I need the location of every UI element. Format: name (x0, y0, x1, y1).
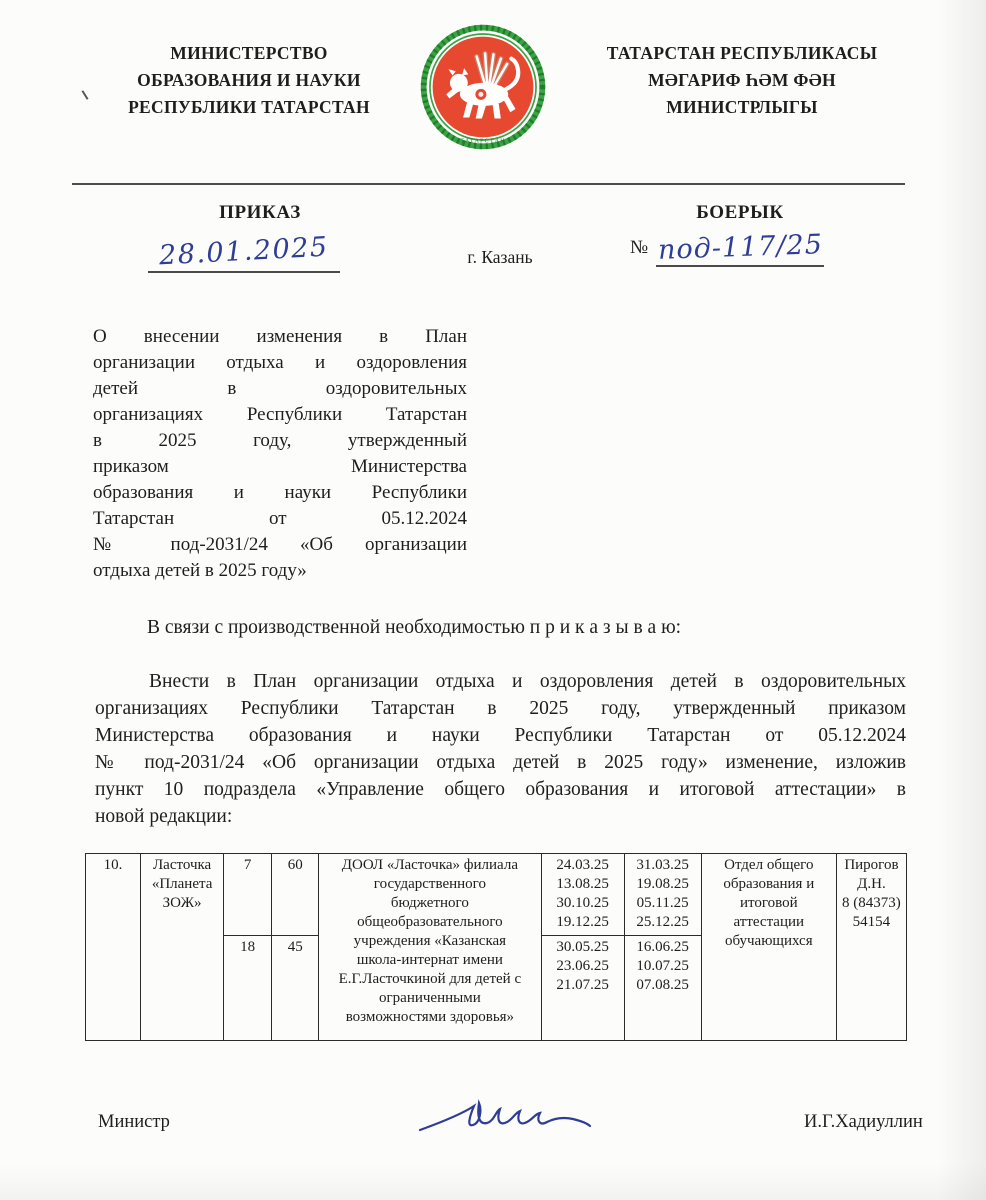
header-divider-line (72, 183, 905, 185)
signatory-position: Министр (98, 1112, 170, 1133)
subject-line: Татарстан от 05.12.2024 (93, 508, 467, 534)
cell-start-dates-1: 24.03.25 13.08.25 30.10.25 19.12.25 (541, 854, 624, 936)
city-label: г. Казань (438, 247, 562, 268)
cell-row-number: 10. (86, 854, 141, 1041)
coat-of-arms-icon: ТАТАРСТАН (420, 24, 546, 150)
subject-line: организациях Республики Татарстан (93, 404, 467, 430)
order-date-field: 28.01.2025 (148, 236, 340, 273)
cell-department: Отдел общего образования и итоговой атте… (701, 854, 836, 1041)
subject-line: детей в оздоровительных (93, 378, 467, 404)
cell-capacity-2: 45 (272, 936, 319, 1041)
cell-shift-2: 18 (224, 936, 272, 1041)
body-line: Внести в План организации отдыха и оздор… (95, 671, 906, 698)
order-body-paragraph: Внести в План организации отдыха и оздор… (95, 671, 906, 833)
order-subject: О внесении изменения в План организации … (93, 326, 467, 586)
stray-ink-mark (82, 90, 89, 100)
ministry-name-tatar: ТАТАРСТАН РЕСПУБЛИКАСЫ МӘГАРИФ ҺӘМ ФӘН М… (558, 30, 926, 121)
subject-line: отдыха детей в 2025 году» (93, 560, 467, 586)
handwritten-number: под-117/25 (657, 229, 823, 266)
body-line: организациях Республики Татарстан в 2025… (95, 698, 906, 725)
handwritten-date: 28.01.2025 (159, 232, 330, 272)
cell-end-dates-1: 31.03.25 19.08.25 05.11.25 25.12.25 (624, 854, 701, 936)
cell-start-dates-2: 30.05.25 23.06.25 21.07.25 (541, 936, 624, 1041)
handwritten-number-underline: под-117/25 (656, 232, 824, 267)
lead-in-paragraph: В связи с производственной необходимость… (95, 617, 908, 639)
subject-line: в 2025 году, утвержденный (93, 430, 467, 456)
letterhead: МИНИСТЕРСТВО ОБРАЗОВАНИЯ И НАУКИ РЕСПУБЛ… (90, 30, 926, 150)
subject-line: организации отдыха и оздоровления (93, 352, 467, 378)
order-number-field: № под-117/25 (630, 232, 824, 267)
signatory-name: И.Г.Хадиуллин (804, 1112, 923, 1133)
order-title-russian: ПРИКАЗ (155, 202, 365, 224)
emblem-ring-text: ТАТАРСТАН (460, 138, 505, 145)
body-line: пункт 10 подраздела «Управление общего о… (95, 779, 906, 806)
tatarstan-emblem: ТАТАРСТАН (420, 24, 546, 150)
subject-line: № под-2031/24 «Об организации (93, 534, 467, 560)
subject-line: О внесении изменения в План (93, 326, 467, 352)
camp-schedule-table: 10. Ласточка «Планета ЗОЖ» 7 60 ДООЛ «Ла… (85, 853, 907, 1041)
cell-contact: Пирогов Д.Н. 8 (84373) 54154 (836, 854, 906, 1041)
subject-line: приказом Министерства (93, 456, 467, 482)
cell-organization: ДООЛ «Ласточка» филиала государственного… (319, 854, 541, 1041)
ministry-name-russian: МИНИСТЕРСТВО ОБРАЗОВАНИЯ И НАУКИ РЕСПУБЛ… (90, 30, 408, 121)
order-title-tatar: БОЕРЫК (635, 202, 845, 224)
cell-capacity-1: 60 (272, 854, 319, 936)
table-row: 10. Ласточка «Планета ЗОЖ» 7 60 ДООЛ «Ла… (86, 854, 907, 936)
subject-line: образования и науки Республики (93, 482, 467, 508)
number-sign: № (630, 237, 656, 267)
minister-signature (412, 1078, 592, 1138)
cell-camp-name: Ласточка «Планета ЗОЖ» (141, 854, 224, 1041)
cell-end-dates-2: 16.06.25 10.07.25 07.08.25 (624, 936, 701, 1041)
body-line: Министерства образования и науки Республ… (95, 725, 906, 752)
body-line: новой редакции: (95, 806, 906, 833)
cell-shift-1: 7 (224, 854, 272, 936)
document-page: МИНИСТЕРСТВО ОБРАЗОВАНИЯ И НАУКИ РЕСПУБЛ… (0, 0, 986, 1200)
body-line: № под-2031/24 «Об организации отдыха дет… (95, 752, 906, 779)
